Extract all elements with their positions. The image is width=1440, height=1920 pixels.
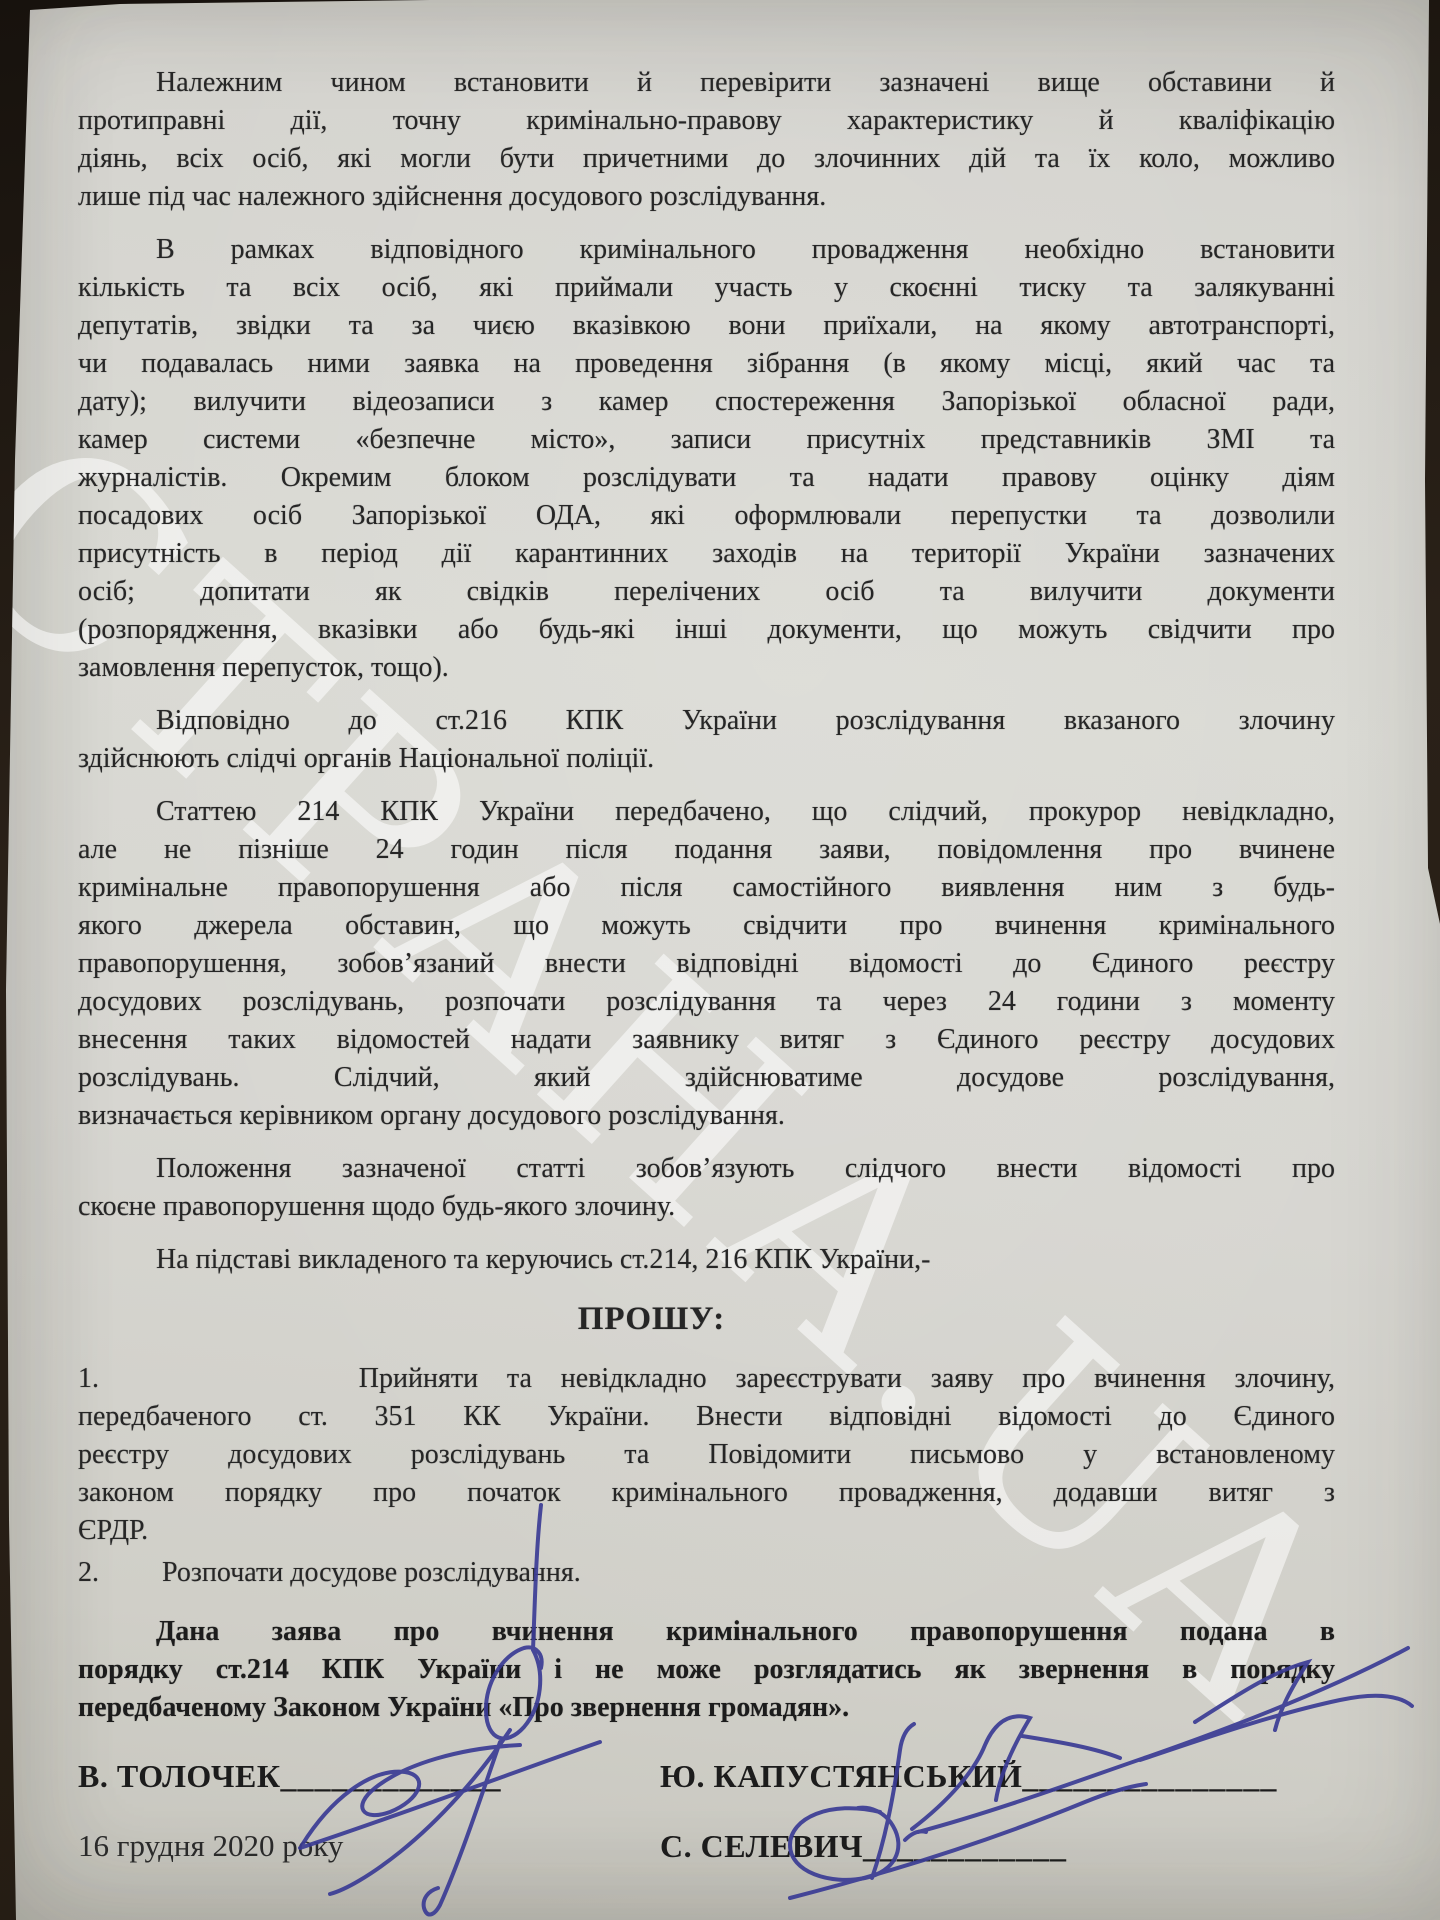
text-line: (розпорядження, вказівки або будь-які ін… xyxy=(78,611,1335,649)
text-line: правопорушення, зобов’язаний внести відп… xyxy=(78,945,1335,983)
document-page: СТРАНА.UA Належним чином встановити й пе… xyxy=(0,0,1440,1920)
signature-block: В. ТОЛОЧЕК_____________ Ю. КАПУСТЯНСЬКИЙ… xyxy=(78,1755,1378,1895)
text-line: скоєне правопорушення щодо будь-якого зл… xyxy=(78,1188,1335,1226)
text-line: порядку ст.214 КПК України і не може роз… xyxy=(78,1651,1335,1689)
text-line: досудових розслідувань, розпочати розслі… xyxy=(78,983,1335,1021)
signature-line-tolochek: _____________ xyxy=(281,1758,502,1794)
text-line: здійснюють слідчі органів Національної п… xyxy=(78,740,1335,778)
list-item-1: 1. Прийняти та невідкладно зареєструвати… xyxy=(78,1360,1335,1550)
signature-line-kapustianskyi: _______________ xyxy=(1022,1758,1277,1794)
list-item-2: 2. Розпочати досудове розслідування. xyxy=(78,1554,1335,1592)
signer-name-text: В. ТОЛОЧЕК xyxy=(78,1758,281,1794)
text-line: але не пізніше 24 годин після подання за… xyxy=(78,831,1335,869)
signature-row-2: 16 грудня 2020 року С. СЕЛЕВИЧ__________… xyxy=(78,1825,1378,1867)
text-line: передбаченого ст. 351 КК України. Внести… xyxy=(78,1398,1335,1436)
paragraph-5: Положення зазначеної статті зобов’язують… xyxy=(78,1150,1335,1226)
signer-name-text: С. СЕЛЕВИЧ xyxy=(660,1828,863,1864)
text-line: розслідувань. Слідчий, який здійснюватим… xyxy=(78,1059,1335,1097)
document-body: Належним чином встановити й перевірити з… xyxy=(78,64,1335,1727)
text-line: кримінальне правопорушення або після сам… xyxy=(78,869,1335,907)
text-line: лише під час належного здійснення досудо… xyxy=(78,178,1335,216)
text-line: журналістів. Окремим блоком розслідувати… xyxy=(78,459,1335,497)
text-line: Відповідно до ст.216 КПК України розслід… xyxy=(78,702,1335,740)
text-line: Дана заява про вчинення кримінального пр… xyxy=(78,1613,1335,1651)
text-line: дату); вилучити відеозаписи з камер спос… xyxy=(78,383,1335,421)
paragraph-1: Належним чином встановити й перевірити з… xyxy=(78,64,1335,216)
text-line: посадових осіб Запорізької ОДА, які офор… xyxy=(78,497,1335,535)
signer-name-selevych: С. СЕЛЕВИЧ____________ xyxy=(660,1825,1378,1867)
text-line: В рамках відповідного кримінального пров… xyxy=(78,231,1335,269)
paragraph-6: На підставі викладеного та керуючись ст.… xyxy=(78,1241,1335,1279)
prayer-heading: ПРОШУ: xyxy=(78,1298,1225,1340)
text-line: осіб; допитати як свідків перелічених ос… xyxy=(78,573,1335,611)
text-line: чи подавалась ними заявка на проведення … xyxy=(78,345,1335,383)
photo-background: СТРАНА.UA Належним чином встановити й пе… xyxy=(0,0,1440,1920)
paragraph-3: Відповідно до ст.216 КПК України розслід… xyxy=(78,702,1335,778)
signer-name-text: Ю. КАПУСТЯНСЬКИЙ xyxy=(660,1758,1022,1794)
text-line: 1. Прийняти та невідкладно зареєструвати… xyxy=(78,1360,1335,1398)
text-line: ПРОШУ: xyxy=(78,1298,1225,1340)
text-line: На підставі викладеного та керуючись ст.… xyxy=(78,1241,1335,1279)
text-line: внесення таких відомостей надати заявник… xyxy=(78,1021,1335,1059)
signer-name-kapustianskyi: Ю. КАПУСТЯНСЬКИЙ_______________ xyxy=(660,1755,1378,1797)
text-line: замовлення перепусток, тощо). xyxy=(78,649,1335,687)
text-line: діянь, всіх осіб, які могли бути причетн… xyxy=(78,140,1335,178)
signature-line-selevych: ____________ xyxy=(863,1828,1067,1864)
text-line: протиправні дії, точну кримінально-право… xyxy=(78,102,1335,140)
text-line: ЄРДР. xyxy=(78,1512,1335,1550)
closing-paragraph: Дана заява про вчинення кримінального пр… xyxy=(78,1613,1335,1727)
text-line: законом порядку про початок кримінальног… xyxy=(78,1474,1335,1512)
text-line: Положення зазначеної статті зобов’язують… xyxy=(78,1150,1335,1188)
paragraph-2: В рамках відповідного кримінального пров… xyxy=(78,231,1335,687)
paragraph-4: Статтею 214 КПК України передбачено, що … xyxy=(78,793,1335,1135)
text-line: передбаченому Законом України «Про зверн… xyxy=(78,1689,1335,1727)
text-line: визначається керівником органу досудовог… xyxy=(78,1097,1335,1135)
text-line: депутатів, звідки та за чиєю вказівкою в… xyxy=(78,307,1335,345)
text-line: кількість та всіх осіб, які приймали уча… xyxy=(78,269,1335,307)
text-line: камер системи «безпечне місто», записи п… xyxy=(78,421,1335,459)
text-line: 2. Розпочати досудове розслідування. xyxy=(78,1554,1335,1592)
signature-row-1: В. ТОЛОЧЕК_____________ Ю. КАПУСТЯНСЬКИЙ… xyxy=(78,1755,1378,1797)
text-line: присутність в період дії карантинних зах… xyxy=(78,535,1335,573)
text-line: реєстру досудових розслідувань та Повідо… xyxy=(78,1436,1335,1474)
date-text: 16 грудня 2020 року xyxy=(78,1825,660,1867)
text-line: Статтею 214 КПК України передбачено, що … xyxy=(78,793,1335,831)
signer-name-tolochek: В. ТОЛОЧЕК_____________ xyxy=(78,1755,660,1797)
text-line: якого джерела обставин, що можуть свідчи… xyxy=(78,907,1335,945)
text-line: Належним чином встановити й перевірити з… xyxy=(78,64,1335,102)
